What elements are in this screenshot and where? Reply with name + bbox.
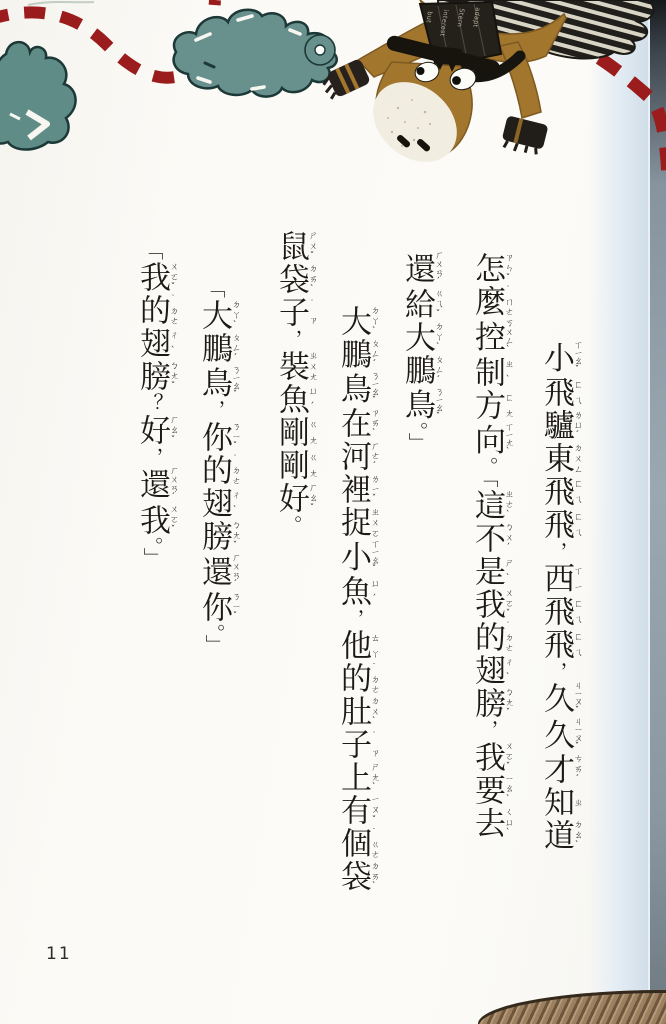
char: 上ㄕㄤˋ — [335, 761, 371, 793]
punctuation: ？ — [140, 393, 164, 414]
char: 膀ㄅㄤˇ — [469, 687, 505, 719]
char: 有ㄧㄡˇ — [335, 794, 371, 826]
char: 飛ㄈㄟ — [538, 475, 574, 507]
char: 小ㄒㄧㄠˇ — [538, 340, 574, 375]
char: 道ㄉㄠˋ — [538, 819, 574, 851]
char: 的˙ㄉㄜ — [469, 621, 505, 653]
char: 子˙ㄗ — [273, 296, 309, 328]
char: 鵬ㄆㄥˊ — [335, 338, 371, 370]
char: 鵬ㄆㄥˊ — [196, 332, 232, 364]
char: 袋ㄉㄞˋ — [273, 263, 309, 295]
char: 我ㄨㄛˇ — [469, 741, 505, 773]
char: 給ㄍㄟˇ — [399, 288, 435, 320]
char: 小ㄒㄧㄠˇ — [335, 539, 371, 574]
char: 東ㄉㄨㄥ — [538, 442, 574, 474]
char: 魚ㄩˊ — [335, 575, 371, 607]
punctuation: 。 — [202, 624, 226, 635]
punctuation: 」 — [405, 433, 429, 454]
punctuation: ， — [279, 329, 303, 350]
punctuation: ， — [544, 661, 568, 682]
punctuation: 」 — [140, 548, 164, 569]
char: 我ㄨㄛˇ — [134, 504, 170, 536]
char: 久ㄐㄧㄡˇ — [538, 682, 574, 716]
char: 捉ㄓㄨㄛ — [335, 506, 371, 538]
punctuation: ， — [475, 720, 499, 741]
char: 河ㄏㄜˊ — [335, 440, 371, 472]
story-column-7: 「我ㄨㄛˇ的˙ㄉㄜ翅ㄔˋ膀ㄅㄤˇ？好ㄏㄠˇ，還ㄏㄨㄢˊ我ㄨㄛˇ。」 — [136, 240, 178, 569]
char: 久ㄐㄧㄡˇ — [538, 717, 574, 752]
char: 飛ㄈㄟ — [538, 595, 574, 627]
char: 的˙ㄉㄜ — [335, 662, 371, 694]
char: 你ㄋㄧˇ — [196, 421, 232, 453]
punctuation: ， — [202, 400, 226, 421]
story-column-3: 還ㄏㄨㄢˊ給ㄍㄟˇ大ㄉㄚˋ鵬ㄆㄥˊ鳥ㄋㄧㄠˇ。」 — [401, 250, 443, 454]
char: 他ㄊㄚ — [335, 629, 371, 661]
char: 子˙ㄗ — [335, 728, 371, 760]
char: 鳥ㄋㄧㄠˇ — [399, 387, 435, 421]
char: 好ㄏㄠˇ — [273, 482, 309, 514]
char: 向ㄒㄧㄤˋ — [469, 422, 505, 456]
char: 你ㄋㄧˇ — [196, 591, 232, 623]
char: 怎ㄗㄣˇ — [469, 252, 505, 284]
flying-donkey — [319, 0, 654, 178]
char: 膀ㄅㄤˇ — [134, 360, 170, 392]
char: 鳥ㄋㄧㄠˇ — [196, 365, 232, 399]
char: 驢ㄌㄩˊ — [538, 409, 574, 441]
punctuation: 。 — [279, 515, 303, 536]
book-page: but interest Stern adapt 小ㄒㄧㄠˇ飛ㄈㄟ驢ㄌㄩˊ東ㄉㄨ… — [0, 0, 666, 1024]
char: 在ㄗㄞˋ — [335, 407, 371, 439]
punctuation: 。 — [405, 422, 429, 433]
story-column-5: 鼠ㄕㄨˇ袋ㄉㄞˋ子˙ㄗ，裝ㄓㄨㄤ魚ㄩˊ剛ㄍㄤ剛ㄍㄤ好ㄏㄠˇ。 — [275, 230, 317, 536]
char: 剛ㄍㄤ — [273, 449, 309, 481]
punctuation: 。 — [140, 537, 164, 548]
donkey-hoof-right — [500, 115, 549, 157]
story-column-4: 大ㄉㄚˋ鵬ㄆㄥˊ鳥ㄋㄧㄠˇ在ㄗㄞˋ河ㄏㄜˊ裡ㄌㄧˇ捉ㄓㄨㄛ小ㄒㄧㄠˇ魚ㄩˊ，他ㄊ… — [337, 305, 379, 893]
char: 不ㄅㄨˊ — [469, 522, 505, 554]
char: 的˙ㄉㄜ — [134, 294, 170, 326]
corner-scribble — [28, 2, 94, 5]
cloud-left — [0, 42, 76, 149]
char: 翅ㄔˋ — [469, 654, 505, 686]
punctuation: 「 — [202, 278, 226, 299]
char: 翅ㄔˋ — [196, 487, 232, 519]
char: 方ㄈㄤ — [469, 389, 505, 421]
char: 鳥ㄋㄧㄠˇ — [335, 371, 371, 406]
char: 還ㄏㄨㄢˊ — [134, 468, 170, 503]
story-column-2: 怎ㄗㄣˇ麼˙ㄇㄜ控ㄎㄨㄥˋ制ㄓˋ方ㄈㄤ向ㄒㄧㄤˋ。「這ㄓㄜˋ不ㄅㄨˊ是ㄕˋ我ㄨㄛ… — [471, 252, 513, 840]
char: 大ㄉㄚˋ — [399, 321, 435, 353]
char: 去ㄑㄩˋ — [469, 807, 505, 839]
punctuation: 「 — [140, 240, 164, 261]
char: 飛ㄈㄟ — [538, 376, 574, 408]
char: 西ㄒㄧ — [538, 562, 574, 594]
char: 鵬ㄆㄥˊ — [399, 354, 435, 386]
char: 鼠ㄕㄨˇ — [273, 230, 309, 262]
punctuation: ， — [544, 541, 568, 562]
char: 剛ㄍㄤ — [273, 416, 309, 448]
char: 要ㄧㄠˋ — [469, 774, 505, 806]
char: 翅ㄔˋ — [134, 327, 170, 359]
char: 制ㄓˋ — [469, 356, 505, 388]
char: 的˙ㄉㄜ — [196, 454, 232, 486]
char: 我ㄨㄛˇ — [469, 588, 505, 620]
char: 裝ㄓㄨㄤ — [273, 350, 309, 382]
char: 大ㄉㄚˋ — [196, 299, 232, 331]
char: 才ㄘㄞˊ — [538, 753, 574, 785]
char: 還ㄏㄨㄢˊ — [399, 250, 435, 287]
char: 袋ㄉㄞˋ — [335, 860, 371, 892]
hat-word: but — [424, 11, 434, 24]
char: 知ㄓ — [538, 786, 574, 818]
char: 控ㄎㄨㄥˋ — [469, 318, 505, 355]
char: 這ㄓㄜˋ — [469, 489, 505, 521]
punctuation: ， — [341, 608, 365, 629]
char: 我ㄨㄛˇ — [134, 261, 170, 293]
story-column-1: 小ㄒㄧㄠˇ飛ㄈㄟ驢ㄌㄩˊ東ㄉㄨㄥ飛ㄈㄟ飛ㄈㄟ，西ㄒㄧ飛ㄈㄟ飛ㄈㄟ，久ㄐㄧㄡˇ久ㄐ… — [540, 340, 582, 852]
page-number: 11 — [46, 944, 72, 964]
char: 麼˙ㄇㄜ — [469, 285, 505, 317]
char: 魚ㄩˊ — [273, 383, 309, 415]
punctuation: 「 — [475, 478, 499, 489]
char: 裡ㄌㄧˇ — [335, 473, 371, 505]
char: 肚ㄉㄨˋ — [335, 695, 371, 727]
story-column-6: 「大ㄉㄚˋ鵬ㄆㄥˊ鳥ㄋㄧㄠˇ，你ㄋㄧˇ的˙ㄉㄜ翅ㄔˋ膀ㄅㄤˇ還ㄏㄨㄢˊ你ㄋㄧˇ。… — [198, 278, 240, 656]
cloud-center — [174, 10, 337, 97]
char: 還ㄏㄨㄢˊ — [196, 553, 232, 590]
char: 個˙ㄍㄜ — [335, 827, 371, 859]
punctuation: 」 — [202, 635, 226, 656]
char: 大ㄉㄚˋ — [335, 305, 371, 337]
char: 是ㄕˋ — [469, 555, 505, 587]
char: 好ㄏㄠˇ — [134, 414, 170, 446]
punctuation: 。 — [475, 457, 499, 478]
char: 飛ㄈㄟ — [538, 508, 574, 540]
char: 飛ㄈㄟ — [538, 628, 574, 660]
char: 膀ㄅㄤˇ — [196, 520, 232, 552]
